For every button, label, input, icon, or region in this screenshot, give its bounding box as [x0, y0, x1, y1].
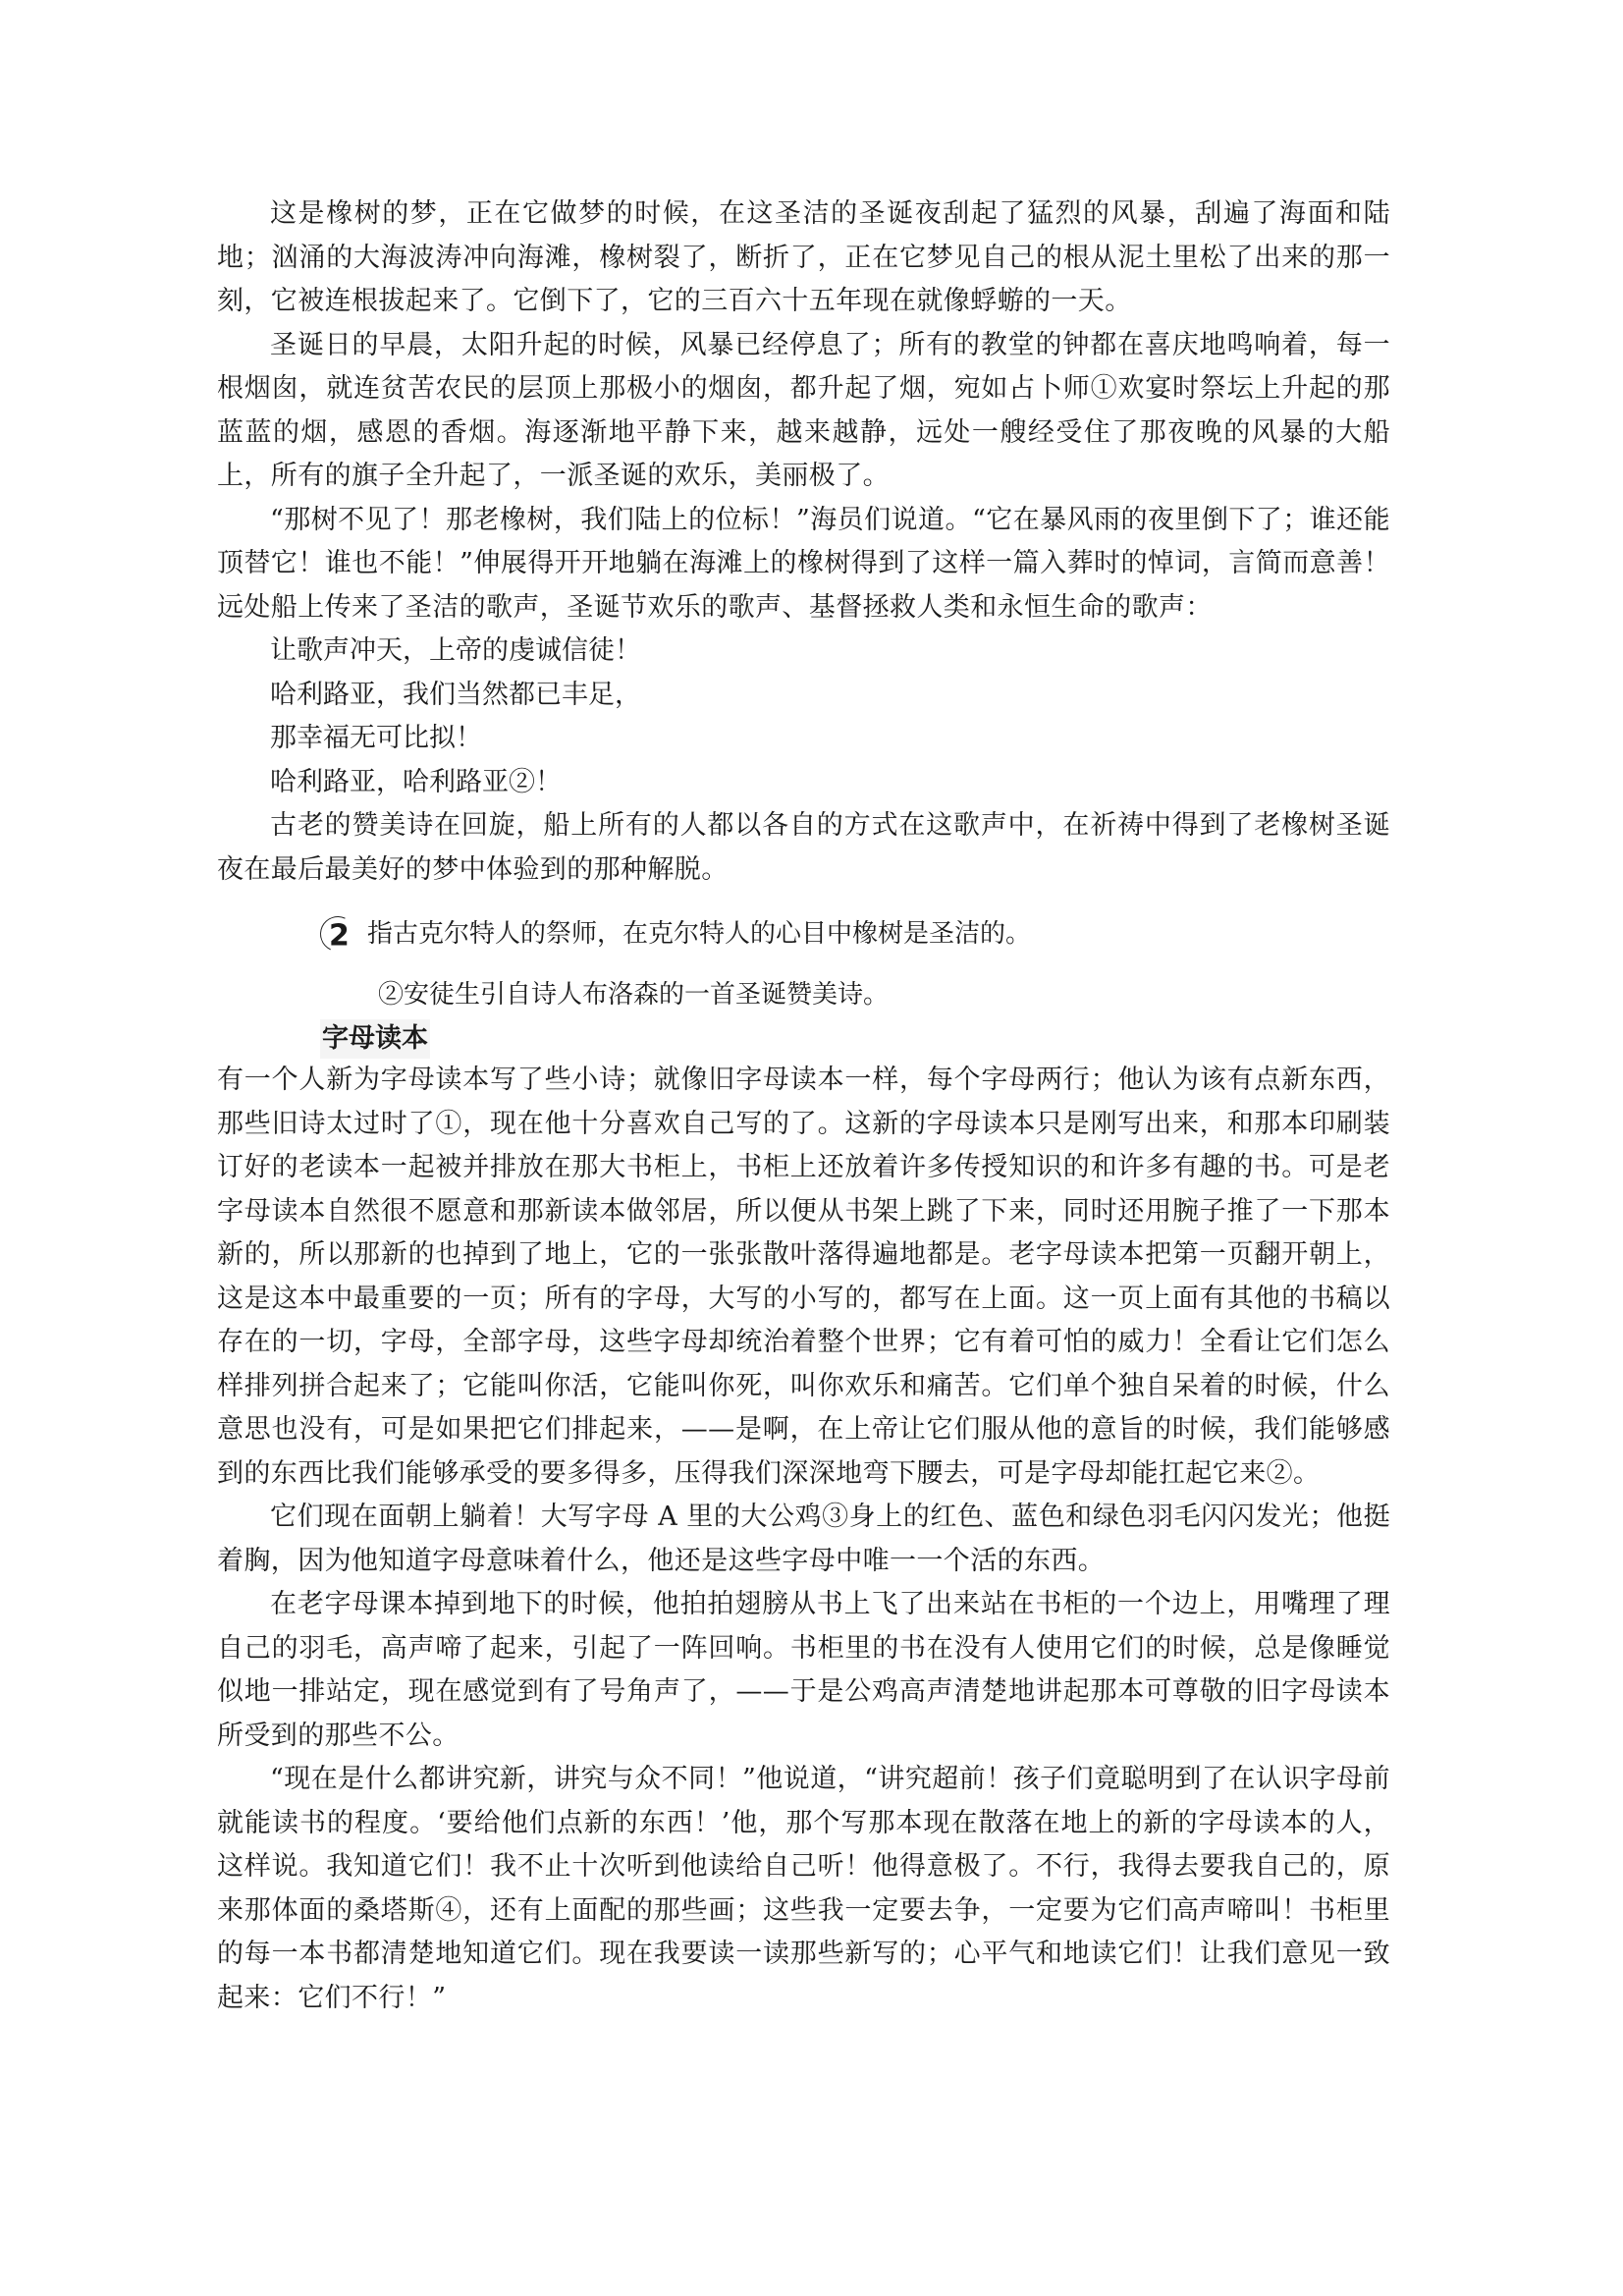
story2-paragraph-1: 有一个人新为字母读本写了些小诗；就像旧字母读本一样，每个字母两行；他认为该有点新… — [217, 1059, 1390, 1496]
story2-paragraph-4: “现在是什么都讲究新，讲究与众不同！”他说道，“讲究超前！孩子们竟聪明到了在认识… — [217, 1758, 1390, 2020]
verse-line: 哈利路亚，我们当然都已丰足， — [217, 674, 1390, 718]
story1-paragraph-3: “那树不见了！那老橡树，我们陆上的位标！”海员们说道。“它在暴风雨的夜里倒下了；… — [217, 499, 1390, 630]
document-page: 这是橡树的梦，正在它做梦的时候，在这圣洁的圣诞夜刮起了猛烈的风暴，刮遍了海面和陆… — [217, 192, 1390, 2020]
footnote-marker-icon: 2 — [315, 911, 360, 957]
verse-line: 让歌声冲天，上帝的虔诚信徒！ — [217, 629, 1390, 674]
footnote-1-text: 指古克尔特人的祭师，在克尔特人的心目中橡树是圣洁的。 — [367, 909, 1031, 958]
story1-paragraph-1: 这是橡树的梦，正在它做梦的时候，在这圣洁的圣诞夜刮起了猛烈的风暴，刮遍了海面和陆… — [217, 192, 1390, 324]
hymn-verses: 让歌声冲天，上帝的虔诚信徒！ 哈利路亚，我们当然都已丰足， 那幸福无可比拟！ 哈… — [217, 629, 1390, 804]
verse-line: 哈利路亚，哈利路亚②！ — [217, 761, 1390, 805]
footnotes: 2 指古克尔特人的祭师，在克尔特人的心目中橡树是圣洁的。 ②安徒生引自诗人布洛森… — [217, 909, 1390, 1019]
story1-paragraph-2: 圣诞日的早晨，太阳升起的时候，风暴已经停息了；所有的教堂的钟都在喜庆地鸣响着，每… — [217, 324, 1390, 499]
story2-paragraph-3: 在老字母课本掉到地下的时候，他拍拍翅膀从书上飞了出来站在书柜的一个边上，用嘴理了… — [217, 1583, 1390, 1758]
story2-paragraph-2: 它们现在面朝上躺着！大写字母 A 里的大公鸡③身上的红色、蓝色和绿色羽毛闪闪发光… — [217, 1496, 1390, 1583]
footnote-1: 2 指古克尔特人的祭师，在克尔特人的心目中橡树是圣洁的。 — [217, 909, 1390, 958]
verse-line: 那幸福无可比拟！ — [217, 717, 1390, 761]
section-title: 字母读本 — [320, 1019, 430, 1059]
footnote-2: ②安徒生引自诗人布洛森的一首圣诞赞美诗。 — [217, 970, 1390, 1019]
story1-closing-paragraph: 古老的赞美诗在回旋，船上所有的人都以各自的方式在这歌声中，在祈祷中得到了老橡树圣… — [217, 804, 1390, 892]
